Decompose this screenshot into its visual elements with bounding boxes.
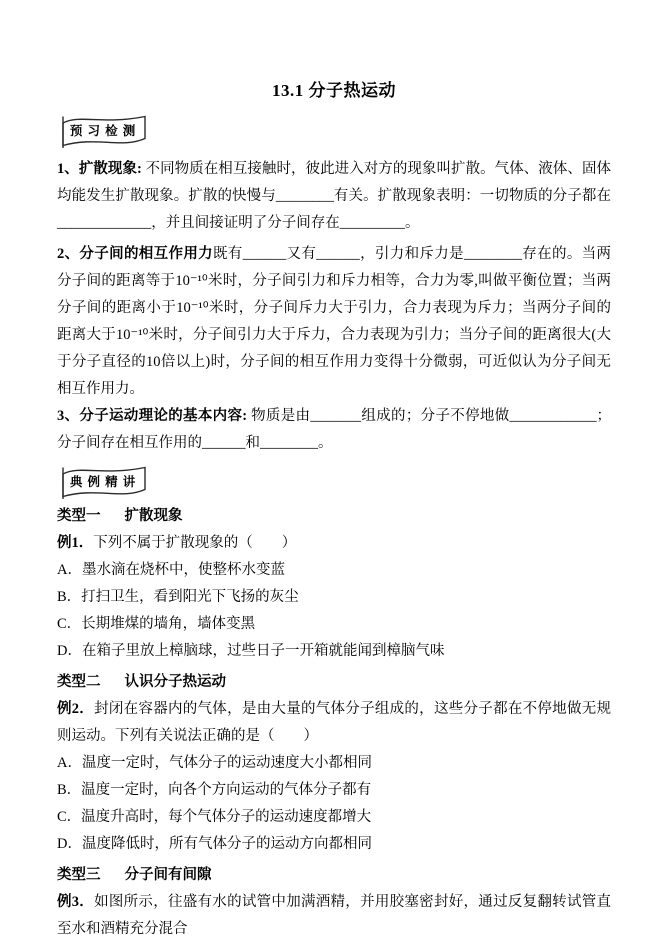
example1-option-d: D．在箱子里放上樟脑球，过些日子一开箱就能闻到樟脑气味 (57, 638, 611, 665)
example3-question: 例3．如图所示，往盛有水的试管中加满酒精，并用胶塞密封好，通过反复翻转试管直至水… (57, 889, 611, 935)
banner-examples-label: 典 例 精 讲 (70, 472, 136, 490)
example1-question: 例1．下列不属于扩散现象的（ ） (57, 530, 611, 557)
section-title: 认识分子热运动 (125, 674, 227, 690)
note-item-diffusion-term: 1、扩散现象: (57, 161, 142, 177)
example2-text: 封闭在容器内的气体，是由大量的气体分子组成的，这些分子都在不停地做无规则运动。下… (57, 701, 611, 744)
note-item-molecular-force: 2、分子间的相互作用力既有______又有______，引力和斥力是______… (57, 241, 611, 403)
section-label: 类型一 (57, 508, 101, 524)
example1-label: 例1． (57, 535, 93, 551)
worksheet-page: 13.1 分子热运动 预 习 检 测 1、扩散现象: 不同物质在相互接触时，彼此… (0, 0, 661, 935)
section-heading-type2: 类型二认识分子热运动 (57, 669, 611, 696)
section-title: 分子间有间隙 (125, 867, 212, 883)
example1-text: 下列不属于扩散现象的（ ） (93, 535, 296, 551)
note-item-molecular-force-text: 既有______又有______，引力和斥力是________存在的。当两分子间… (57, 246, 611, 397)
example2-option-d: D．温度降低时，所有气体分子的运动方向都相同 (57, 831, 611, 858)
example1-option-a: A．墨水滴在烧杯中，使整杯水变蓝 (57, 557, 611, 584)
section-title: 扩散现象 (125, 508, 183, 524)
example2-question: 例2．封闭在容器内的气体，是由大量的气体分子组成的，这些分子都在不停地做无规则运… (57, 696, 611, 750)
banner-preview-label: 预 习 检 测 (70, 121, 136, 139)
example2-option-c: C．温度升高时，每个气体分子的运动速度都增大 (57, 804, 611, 831)
page-title: 13.1 分子热运动 (57, 80, 611, 102)
note-item-kinetic-theory: 3、分子运动理论的基本内容: 物质是由_______组成的；分子不停地做____… (57, 403, 611, 457)
example1-option-c: C．长期堆煤的墙角，墙体变黑 (57, 611, 611, 638)
example2-label: 例2． (57, 701, 94, 717)
section-label: 类型三 (57, 867, 101, 883)
note-item-diffusion: 1、扩散现象: 不同物质在相互接触时，彼此进入对方的现象叫扩散。气体、液体、固体… (57, 156, 611, 237)
example2-option-b: B．温度一定时，向各个方向运动的气体分子都有 (57, 777, 611, 804)
banner-classic-examples: 典 例 精 讲 (57, 463, 151, 499)
example1-option-b: B．打扫卫生，看到阳光下飞扬的灰尘 (57, 584, 611, 611)
section-heading-type1: 类型一扩散现象 (57, 503, 611, 530)
note-item-kinetic-theory-term: 3、分子运动理论的基本内容: (57, 408, 247, 424)
example3-text: 如图所示，往盛有水的试管中加满酒精，并用胶塞密封好，通过反复翻转试管直至水和酒精… (57, 894, 611, 935)
section-label: 类型二 (57, 674, 101, 690)
section-heading-type3: 类型三分子间有间隙 (57, 862, 611, 889)
example3-label: 例3． (57, 894, 94, 910)
banner-preview-check: 预 习 检 测 (57, 112, 151, 148)
example2-option-a: A．温度一定时，气体分子的运动速度大小都相同 (57, 750, 611, 777)
note-item-molecular-force-term: 2、分子间的相互作用力 (57, 246, 213, 262)
